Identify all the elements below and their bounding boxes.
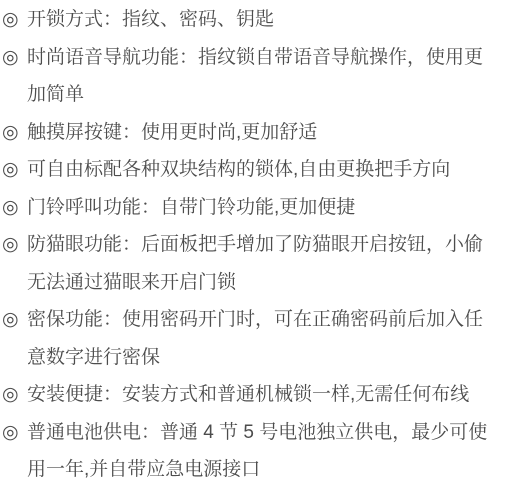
list-item: ◎ 触摸屏按键：使用更时尚,更加舒适 <box>2 114 517 152</box>
item-line: 密保功能：使用密码开门时，可在正确密码前后加入任 <box>27 301 517 339</box>
bullet-icon: ◎ <box>2 301 27 339</box>
item-line: 加简单 <box>27 76 517 114</box>
item-line: 时尚语音导航功能：指纹锁自带语音导航操作，使用更 <box>27 39 517 77</box>
item-text: 触摸屏按键：使用更时尚,更加舒适 <box>27 114 517 152</box>
bullet-icon: ◎ <box>2 151 27 189</box>
bullet-icon: ◎ <box>2 114 27 152</box>
item-line: 用一年,并自带应急电源接口 <box>27 451 517 488</box>
item-text: 防猫眼功能：后面板把手增加了防猫眼开启按钮，小偷无法通过猫眼来开启门锁 <box>27 226 517 301</box>
feature-list: ◎ 开锁方式：指纹、密码、钥匙 ◎ 时尚语音导航功能：指纹锁自带语音导航操作，使… <box>0 0 525 488</box>
item-line: 开锁方式：指纹、密码、钥匙 <box>27 1 517 39</box>
list-item: ◎ 密保功能：使用密码开门时，可在正确密码前后加入任意数字进行密保 <box>2 301 517 376</box>
bullet-icon: ◎ <box>2 414 27 452</box>
bullet-icon: ◎ <box>2 189 27 227</box>
bullet-icon: ◎ <box>2 1 27 39</box>
item-line: 意数字进行密保 <box>27 339 517 377</box>
item-text: 可自由标配各种双块结构的锁体,自由更换把手方向 <box>27 151 517 189</box>
bullet-icon: ◎ <box>2 39 27 77</box>
item-text: 开锁方式：指纹、密码、钥匙 <box>27 1 517 39</box>
item-line: 无法通过猫眼来开启门锁 <box>27 264 517 302</box>
item-text: 密保功能：使用密码开门时，可在正确密码前后加入任意数字进行密保 <box>27 301 517 376</box>
item-line: 门铃呼叫功能：自带门铃功能,更加便捷 <box>27 189 517 227</box>
bullet-icon: ◎ <box>2 376 27 414</box>
list-item: ◎ 安装便捷：安装方式和普通机械锁一样,无需任何布线 <box>2 376 517 414</box>
item-line: 触摸屏按键：使用更时尚,更加舒适 <box>27 114 517 152</box>
list-item: ◎ 普通电池供电：普通 4 节 5 号电池独立供电，最少可使用一年,并自带应急电… <box>2 414 517 488</box>
list-item: ◎ 开锁方式：指纹、密码、钥匙 <box>2 1 517 39</box>
item-line: 可自由标配各种双块结构的锁体,自由更换把手方向 <box>27 151 517 189</box>
item-text: 时尚语音导航功能：指纹锁自带语音导航操作，使用更加简单 <box>27 39 517 114</box>
item-text: 安装便捷：安装方式和普通机械锁一样,无需任何布线 <box>27 376 517 414</box>
item-text: 普通电池供电：普通 4 节 5 号电池独立供电，最少可使用一年,并自带应急电源接… <box>27 414 517 488</box>
list-item: ◎ 门铃呼叫功能：自带门铃功能,更加便捷 <box>2 189 517 227</box>
bullet-icon: ◎ <box>2 226 27 264</box>
item-line: 普通电池供电：普通 4 节 5 号电池独立供电，最少可使 <box>27 414 517 452</box>
list-item: ◎ 时尚语音导航功能：指纹锁自带语音导航操作，使用更加简单 <box>2 39 517 114</box>
list-item: ◎ 防猫眼功能：后面板把手增加了防猫眼开启按钮，小偷无法通过猫眼来开启门锁 <box>2 226 517 301</box>
list-item: ◎ 可自由标配各种双块结构的锁体,自由更换把手方向 <box>2 151 517 189</box>
item-line: 防猫眼功能：后面板把手增加了防猫眼开启按钮，小偷 <box>27 226 517 264</box>
item-text: 门铃呼叫功能：自带门铃功能,更加便捷 <box>27 189 517 227</box>
item-line: 安装便捷：安装方式和普通机械锁一样,无需任何布线 <box>27 376 517 414</box>
